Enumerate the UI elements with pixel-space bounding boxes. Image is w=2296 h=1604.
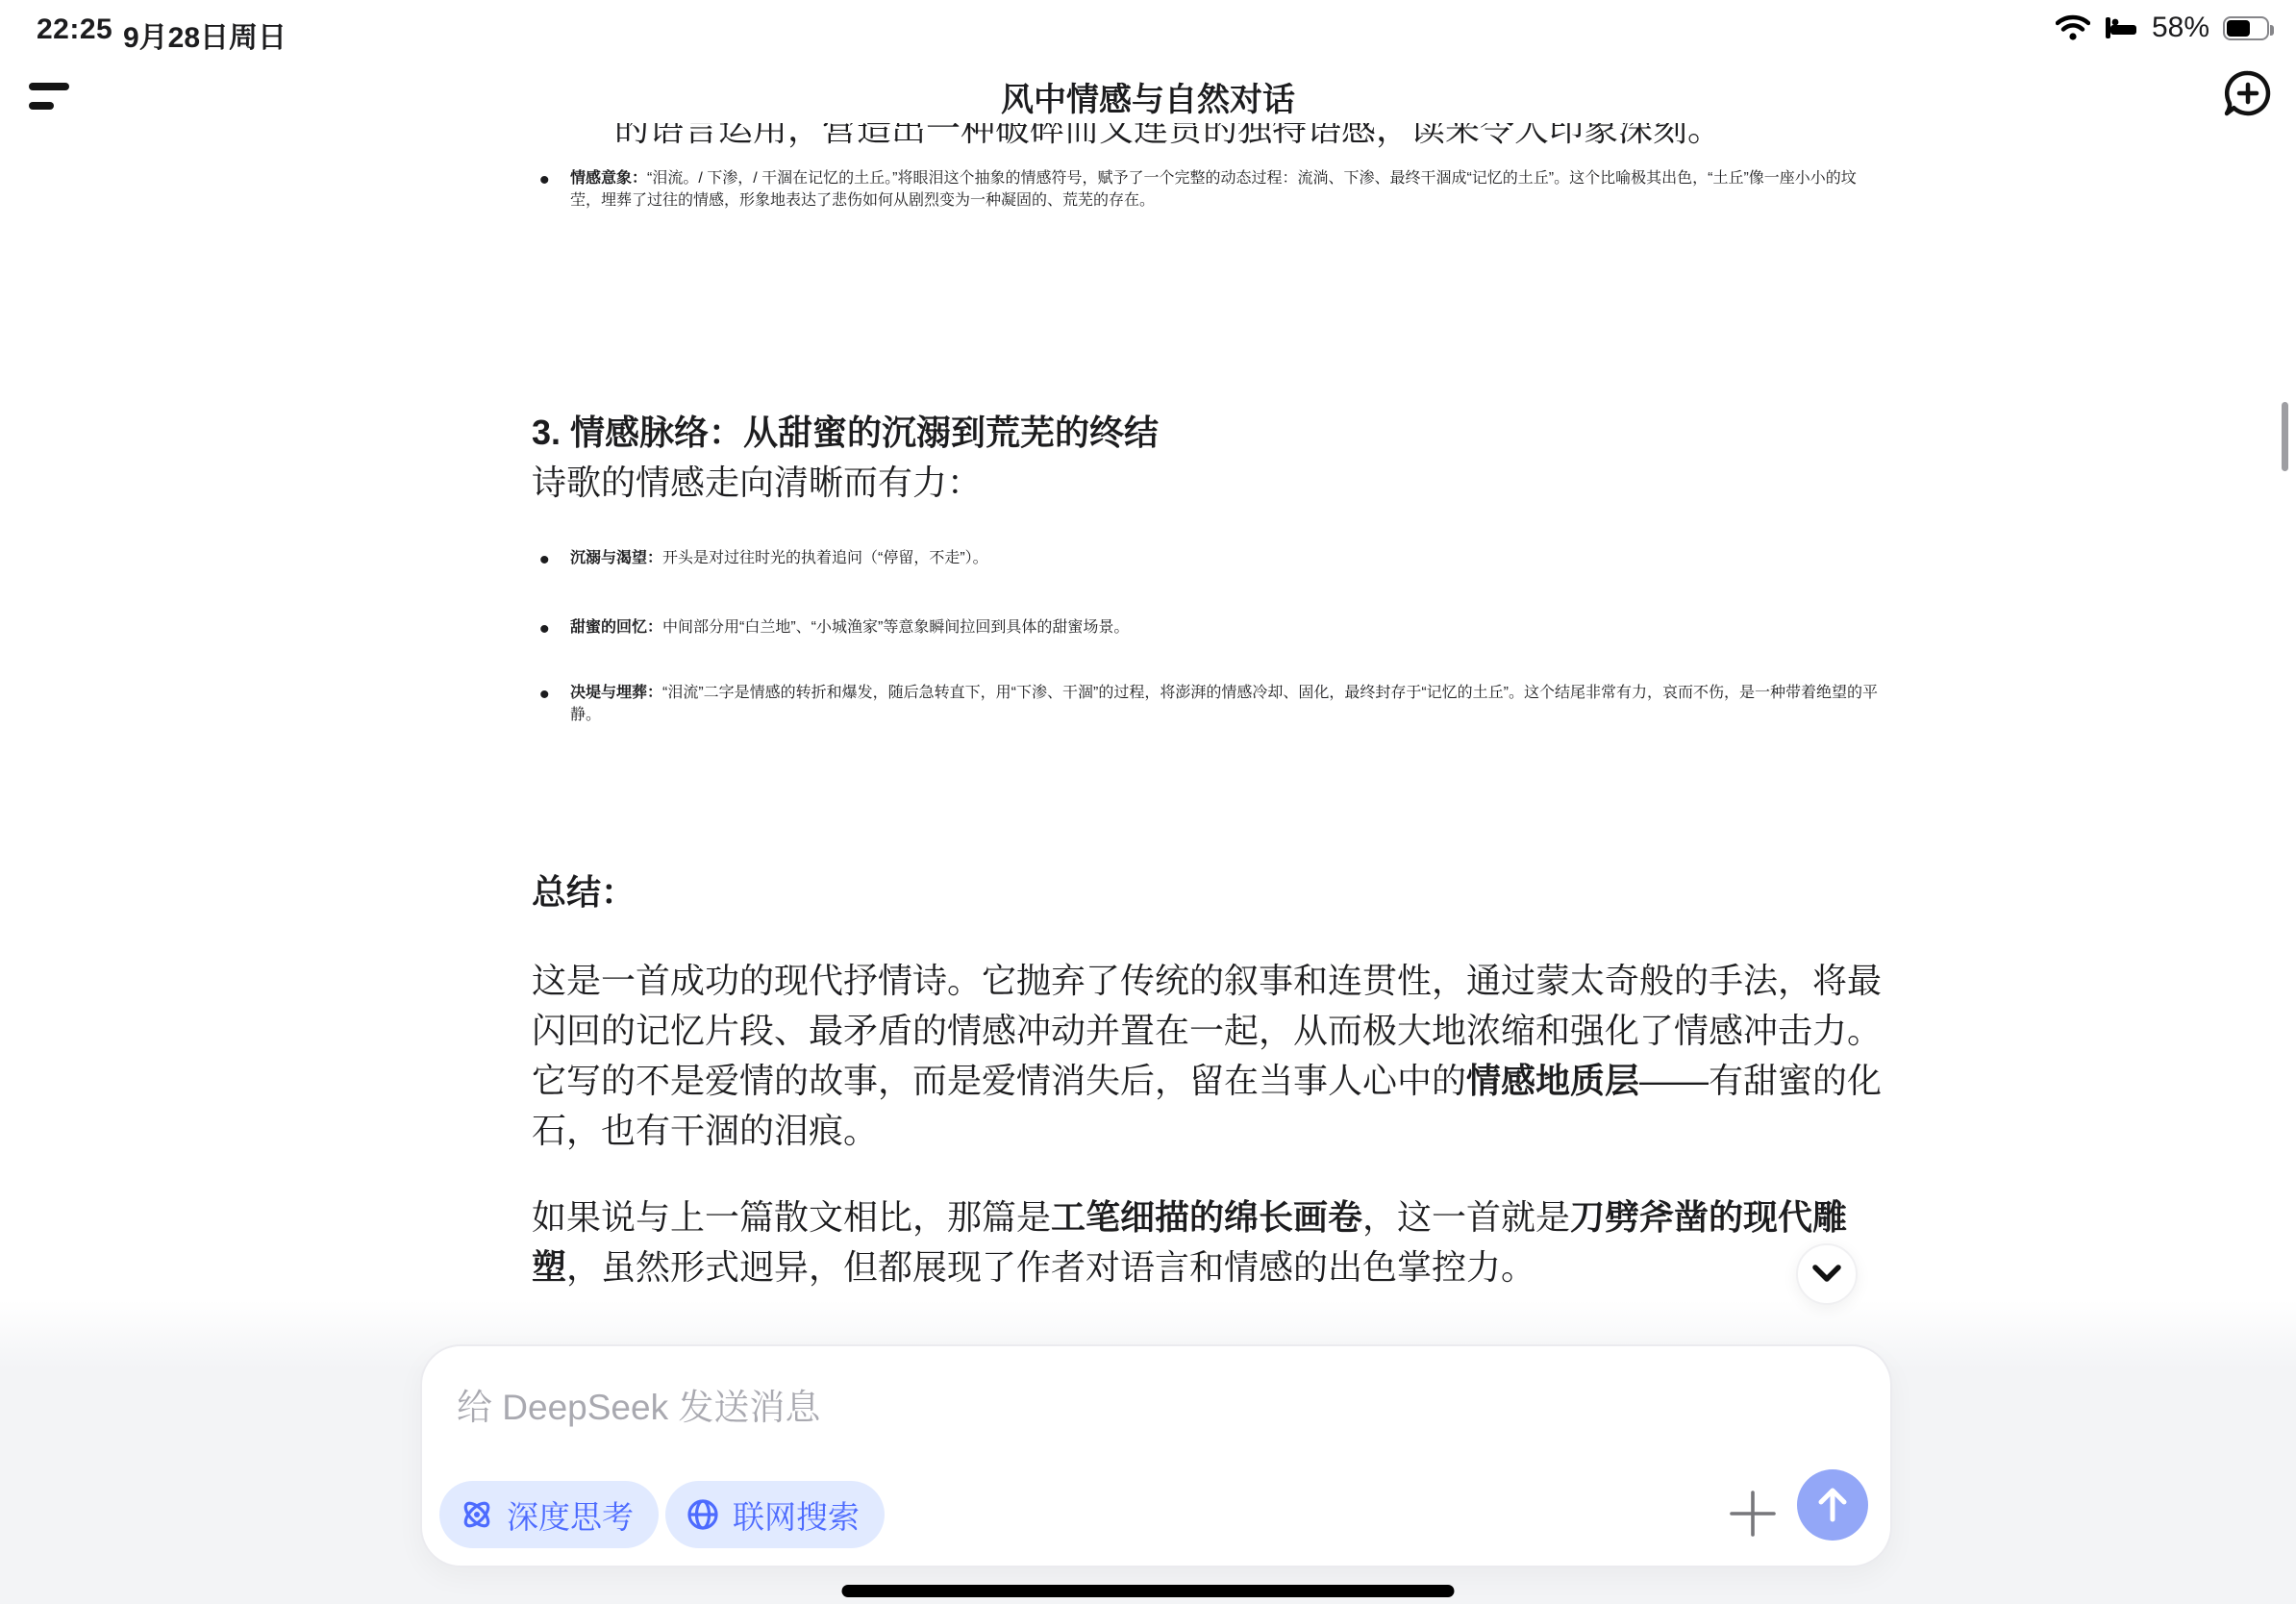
attach-button[interactable]: [1722, 1483, 1784, 1544]
chat-bubble-plus-icon: [2221, 67, 2275, 121]
bullet-text: “泪流。/ 下渗，/ 干涸在记忆的土丘。”将眼泪这个抽象的情感符号，赋予了一个完…: [570, 170, 1857, 209]
summary-bold-text: 情感地质层: [1466, 1061, 1639, 1100]
battery-icon: [2223, 16, 2269, 40]
scrollbar-thumb[interactable]: [2282, 402, 2288, 471]
status-date: 9月28日周日: [123, 13, 287, 56]
bullet-item-sweet-memory: •甜蜜的回忆：中间部分用“白兰地”、“小城渔家”等意象瞬间拉回到具体的甜蜜场景。: [532, 614, 1883, 637]
closing-bold-text: 工笔细描的绵长画卷: [1051, 1197, 1362, 1237]
bullet-text: 开头是对过往时光的执着追问（“停留，不走”）。: [662, 550, 988, 566]
bullet-dot: •: [539, 679, 550, 712]
web-search-label: 联网搜索: [733, 1492, 860, 1538]
globe-icon: [685, 1496, 721, 1533]
web-search-toggle[interactable]: 联网搜索: [665, 1481, 885, 1548]
section-heading: 3. 情感脉络：从甜蜜的沉溺到荒芜的终结: [532, 408, 1883, 458]
deepseek-chat-screen: 22:25 9月28日周日 58% 风中情感与自然对话: [0, 0, 2296, 1604]
bullet-text: 中间部分用“白兰地”、“小城渔家”等意象瞬间拉回到具体的甜蜜场景。: [662, 619, 1129, 636]
assistant-message: 的语言运用，营造出一种破碎而又连贯的独特语感，读来令人印象深刻。 •情感意象：“…: [532, 123, 1887, 1319]
battery-percent: 58%: [2152, 12, 2209, 44]
bullet-lead: 情感意象：: [570, 170, 647, 187]
status-icons: 58%: [2056, 12, 2269, 44]
message-input[interactable]: [457, 1379, 1514, 1437]
closing-text: 如果说与上一篇散文相比，那篇是: [532, 1197, 1051, 1237]
bullet-item-indulgence: •沉溺与渴望：开头是对过往时光的执着追问（“停留，不走”）。: [532, 545, 1883, 567]
bullet-lead: 决堤与埋葬：: [570, 685, 662, 701]
bullet-lead: 甜蜜的回忆：: [570, 619, 662, 636]
bullet-lead: 沉溺与渴望：: [570, 550, 662, 566]
bullet-dot: •: [539, 164, 550, 197]
bullet-item-burial: •决堤与埋葬：“泪流”二字是情感的转折和爆发，随后急转直下，用“下渗、干涸”的过…: [532, 680, 1883, 724]
bullet-item-imagery: •情感意象：“泪流。/ 下渗，/ 干涸在记忆的土丘。”将眼泪这个抽象的情感符号，…: [532, 165, 1883, 210]
status-time: 22:25: [37, 13, 112, 46]
deep-think-label: 深度思考: [507, 1492, 634, 1538]
sleep-focus-icon: [2104, 15, 2138, 40]
arrow-up-icon: [1816, 1487, 1849, 1523]
wifi-icon: [2056, 14, 2090, 41]
closing-text: ，虽然形式迥异，但都展现了作者对语言和情感的出色掌控力。: [566, 1247, 1535, 1287]
summary-paragraph: 这是一首成功的现代抒情诗。它抛弃了传统的叙事和连贯性，通过蒙太奇般的手法，将最闪…: [532, 956, 1883, 1156]
top-bar: 22:25 9月28日周日 58% 风中情感与自然对话: [0, 0, 2296, 123]
home-indicator[interactable]: [842, 1585, 1455, 1597]
closing-paragraph: 如果说与上一篇散文相比，那篇是工笔细描的绵长画卷，这一首就是刀劈斧凿的现代雕塑，…: [532, 1192, 1883, 1292]
page-title: 风中情感与自然对话: [0, 73, 2296, 120]
new-chat-button[interactable]: [2221, 67, 2275, 121]
bullet-dot: •: [539, 544, 550, 577]
deep-think-toggle[interactable]: 深度思考: [439, 1481, 659, 1548]
composer-zone: 深度思考 联网搜索: [0, 1300, 2296, 1604]
clipped-text-line: 的语言运用，营造出一种破碎而又连贯的独特语感，读来令人印象深刻。: [614, 123, 1887, 154]
section-heading-block: 3. 情感脉络：从甜蜜的沉溺到荒芜的终结 诗歌的情感走向清晰而有力：: [532, 408, 1883, 508]
bullet-dot: •: [539, 614, 550, 646]
composer-card: 深度思考 联网搜索: [420, 1344, 1892, 1567]
summary-heading: 总结：: [532, 867, 1883, 917]
scroll-to-bottom-button[interactable]: [1796, 1243, 1858, 1305]
chevron-down-icon: [1812, 1265, 1841, 1284]
atom-icon: [459, 1496, 495, 1533]
plus-icon: [1729, 1490, 1777, 1538]
section-subline: 诗歌的情感走向清晰而有力：: [532, 458, 1883, 508]
closing-text: ，这一首就是: [1362, 1197, 1570, 1237]
send-button[interactable]: [1797, 1469, 1868, 1541]
bullet-text: “泪流”二字是情感的转折和爆发，随后急转直下，用“下渗、干涸”的过程，将澎湃的情…: [570, 685, 1878, 723]
